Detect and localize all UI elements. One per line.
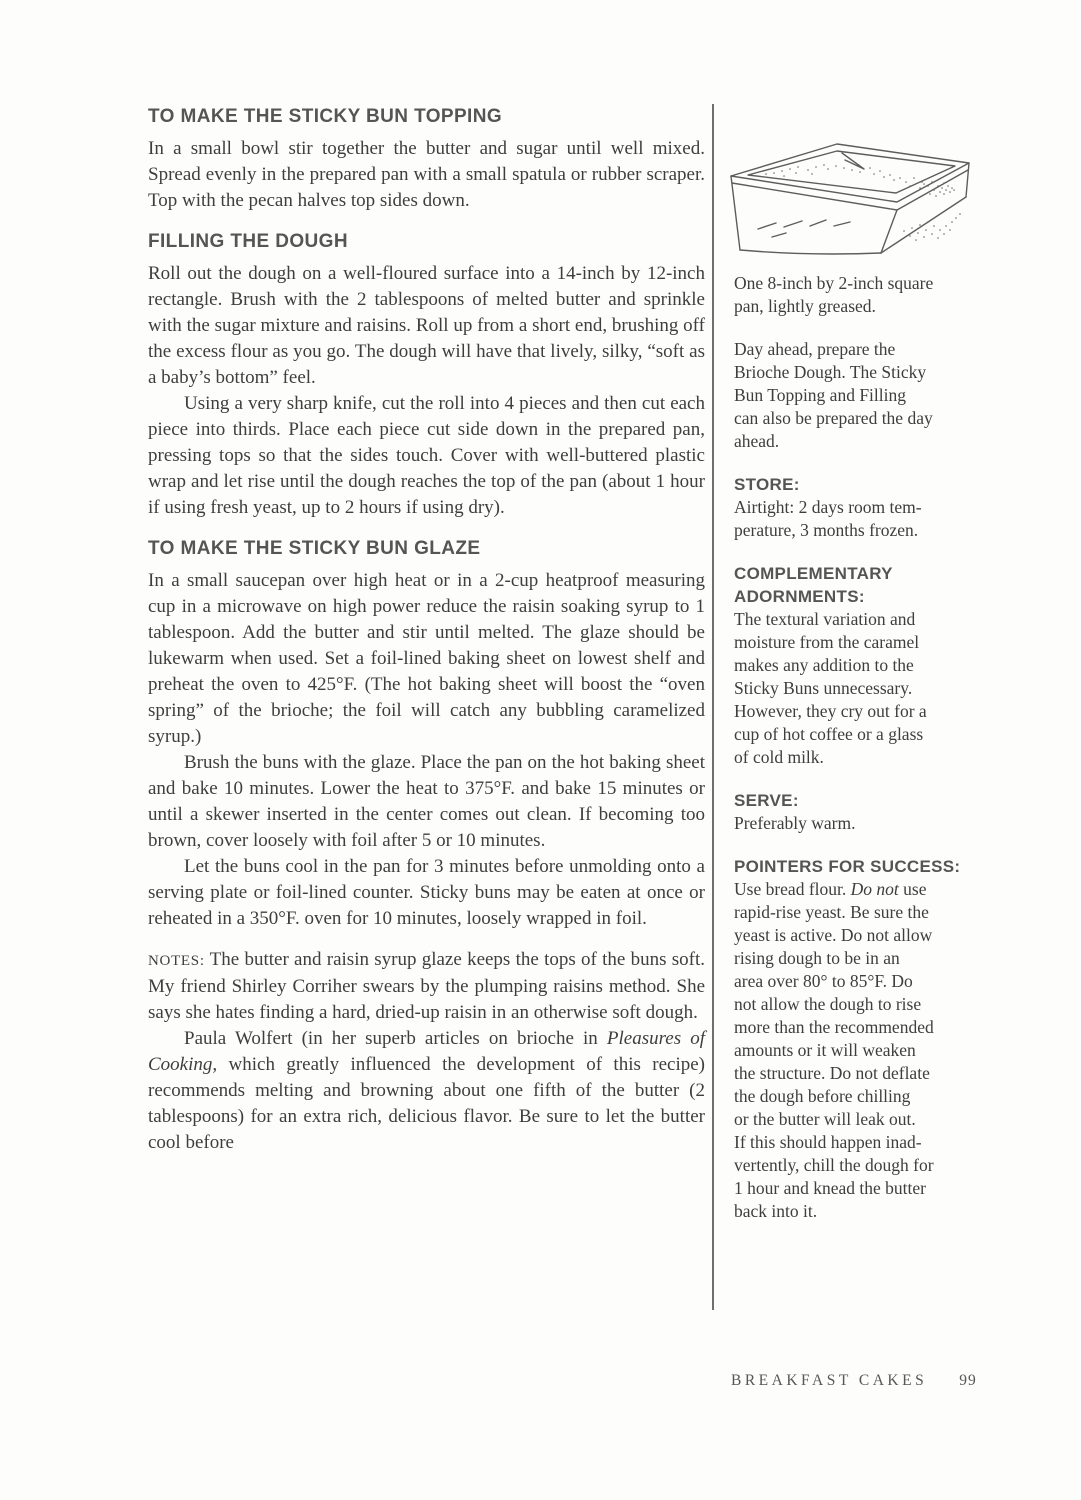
paragraph: Paula Wolfert (in her superb articles on… <box>148 1026 705 1156</box>
sidebar-heading-store: STORE: <box>734 473 987 496</box>
paragraph: Roll out the dough on a well-floured sur… <box>148 261 705 391</box>
pan-caption: One 8-inch by 2-inch square pan, lightly… <box>734 272 987 318</box>
sidebar-heading-pointers: POINTERS FOR SUCCESS: <box>734 855 987 878</box>
paragraph: Let the buns cool in the pan for 3 minut… <box>148 854 705 932</box>
notes-paragraph: NOTES: The butter and raisin syrup glaze… <box>148 947 705 1026</box>
page-number: 99 <box>959 1372 977 1390</box>
paragraph: Using a very sharp knife, cut the roll i… <box>148 391 705 521</box>
paragraph: In a small saucepan over high heat or in… <box>148 568 705 750</box>
paragraph: In a small bowl stir together the butter… <box>148 136 705 214</box>
section-heading-glaze: TO MAKE THE STICKY BUN GLAZE <box>148 536 705 562</box>
pointers-text: Use bread flour. Do not use rapid-rise y… <box>734 878 987 1223</box>
section-heading-topping: TO MAKE THE STICKY BUN TOPPING <box>148 104 705 130</box>
book-page: TO MAKE THE STICKY BUN TOPPING In a smal… <box>0 0 1081 1500</box>
day-ahead-note: Day ahead, prepare the Brioche Dough. Th… <box>734 338 987 453</box>
sidebar-heading-adornments: COMPLEMENTARY ADORNMENTS: <box>734 562 987 608</box>
square-pan-illustration-icon <box>724 126 980 266</box>
footer-section-label: BREAKFAST CAKES <box>731 1372 927 1390</box>
main-column: TO MAKE THE STICKY BUN TOPPING In a smal… <box>148 104 705 1156</box>
serve-text: Preferably warm. <box>734 812 987 835</box>
store-text: Airtight: 2 days room tem- perature, 3 m… <box>734 496 987 542</box>
paragraph: Brush the buns with the glaze. Place the… <box>148 750 705 854</box>
section-heading-filling: FILLING THE DOUGH <box>148 229 705 255</box>
sidebar-heading-serve: SERVE: <box>734 789 987 812</box>
page-footer: BREAKFAST CAKES 99 <box>731 1372 977 1390</box>
sidebar-column: One 8-inch by 2-inch square pan, lightly… <box>734 272 987 1243</box>
adornments-text: The textural variation and moisture from… <box>734 608 987 769</box>
column-divider-rule <box>712 104 714 1310</box>
